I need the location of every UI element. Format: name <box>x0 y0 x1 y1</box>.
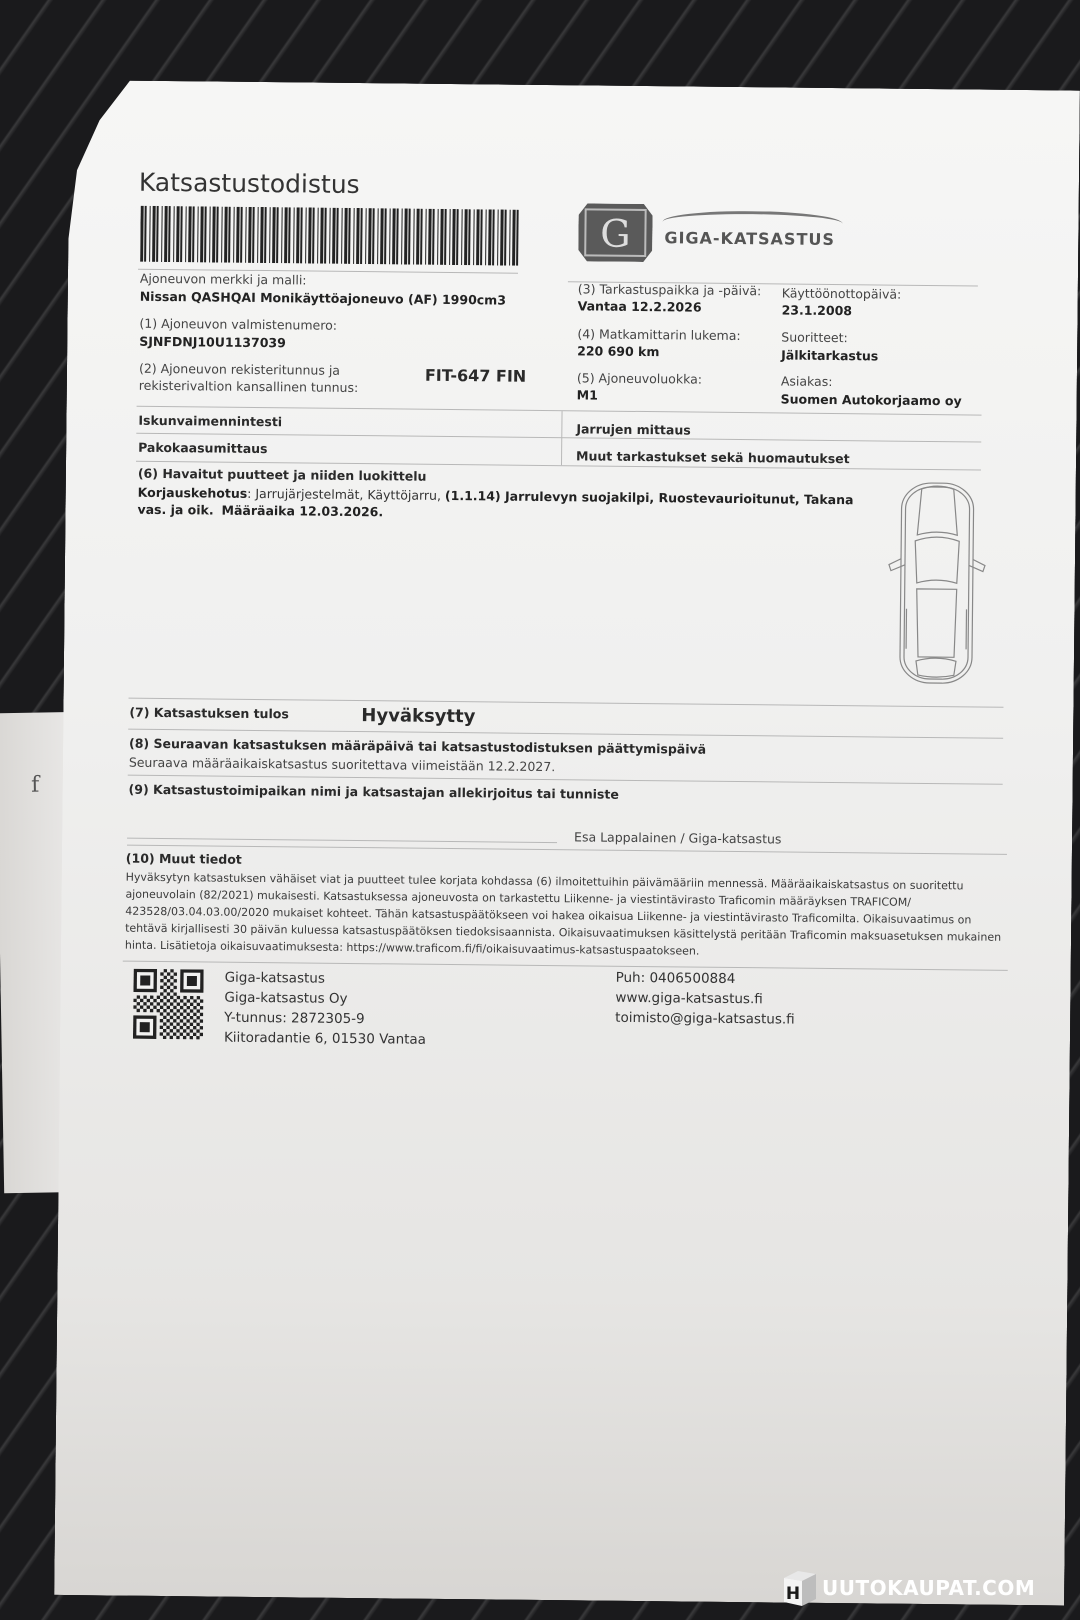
test-shock-absorber: Iskunvaimennintesti <box>138 413 282 430</box>
next-inspection-heading: (8) Seuraavan katsastuksen määräpäivä ta… <box>129 736 706 757</box>
place-date-label: (3) Tarkastuspaikka ja -päivä: <box>578 281 762 298</box>
place-date-value: Vantaa 12.2.2026 <box>578 298 702 314</box>
website-link[interactable]: www.giga-katsastus.fi <box>615 988 795 1010</box>
signature-line <box>127 838 557 844</box>
defect-deadline: Määräaika 12.03.2026. <box>222 503 384 520</box>
barcode <box>140 206 521 266</box>
email-link[interactable]: toimisto@giga-katsastus.fi <box>615 1008 795 1030</box>
reg-value: FIT-647 FIN <box>425 366 527 386</box>
first-use-label: Käyttöönottopäivä: <box>782 285 902 301</box>
defects-heading: (6) Havaitut puutteet ja niiden luokitte… <box>138 466 427 484</box>
divider <box>127 845 1007 855</box>
inspector-name: Esa Lappalainen / Giga-katsastus <box>574 829 782 846</box>
qr-code <box>133 969 204 1040</box>
odometer-label: (4) Matkamittarin lukema: <box>577 326 740 343</box>
watermark-text: UUTOKAUPAT.COM <box>822 1576 1035 1600</box>
odometer-value: 220 690 km <box>577 343 659 359</box>
class-label: (5) Ajoneuvoluokka: <box>577 370 702 386</box>
other-info-text: Hyväksytyn katsastuksen vähäiset viat ja… <box>125 869 1006 963</box>
make-model-label: Ajoneuvon merkki ja malli: <box>140 271 307 288</box>
reg-label: (2) Ajoneuvon rekisteritunnus ja <box>139 361 340 378</box>
brand-logo: G GIGA-KATSASTUS <box>578 203 849 270</box>
vin-value: SJNFDNJ10U1137039 <box>139 334 286 351</box>
car-diagram-icon <box>882 479 992 690</box>
result-label: (7) Katsastuksen tulos <box>129 705 289 722</box>
performed-value: Jälkitarkastus <box>781 347 878 363</box>
watermark: H UUTOKAUPAT.COM <box>780 1568 1035 1608</box>
performed-label: Suoritteet: <box>781 329 848 345</box>
phone: Puh: 0406500884 <box>616 968 796 990</box>
defects-text: Korjauskehotus: Jarrujärjestelmät, Käytt… <box>137 484 877 526</box>
test-brake-measurement: Jarrujen mittaus <box>576 421 691 437</box>
customer-label: Asiakas: <box>781 373 833 389</box>
other-info-heading: (10) Muut tiedot <box>126 851 242 867</box>
svg-text:H: H <box>786 1584 800 1604</box>
logo-badge-icon: G <box>578 203 653 262</box>
defect-type: Korjauskehotus <box>138 485 248 501</box>
company-info: Giga-katsastus Giga-katsastus Oy Y-tunnu… <box>224 968 427 1050</box>
first-use-value: 23.1.2008 <box>782 302 853 318</box>
handwritten-mark: f <box>31 773 40 798</box>
customer-value: Suomen Autokorjaamo oy <box>781 391 962 408</box>
document-title: Katsastustodistus <box>139 168 360 199</box>
contact-info: Puh: 0406500884 www.giga-katsastus.fi to… <box>615 968 795 1030</box>
brand-name: GIGA-KATSASTUS <box>664 228 835 249</box>
signature-heading: (9) Katsastustoimipaikan nimi ja katsast… <box>128 782 618 802</box>
result-value: Hyväksytty <box>361 705 475 727</box>
test-other-checks: Muut tarkastukset sekä huomautukset <box>576 448 850 466</box>
vin-label: (1) Ajoneuvon valmistenumero: <box>139 316 337 333</box>
inspection-certificate: Katsastustodistus G GIGA-KATSASTUS Ajone… <box>54 80 1080 1605</box>
reg-label-2: rekisterivaltion kansallinen tunnus: <box>139 378 359 395</box>
cube-logo-icon: H <box>780 1568 820 1608</box>
next-inspection-text: Seuraava määräaikaiskatsastus suoritetta… <box>129 755 556 774</box>
class-value: M1 <box>577 387 598 402</box>
test-emissions: Pakokaasumittaus <box>138 440 268 456</box>
make-model-value: Nissan QASHQAI Monikäyttöajoneuvo (AF) 1… <box>140 289 506 308</box>
